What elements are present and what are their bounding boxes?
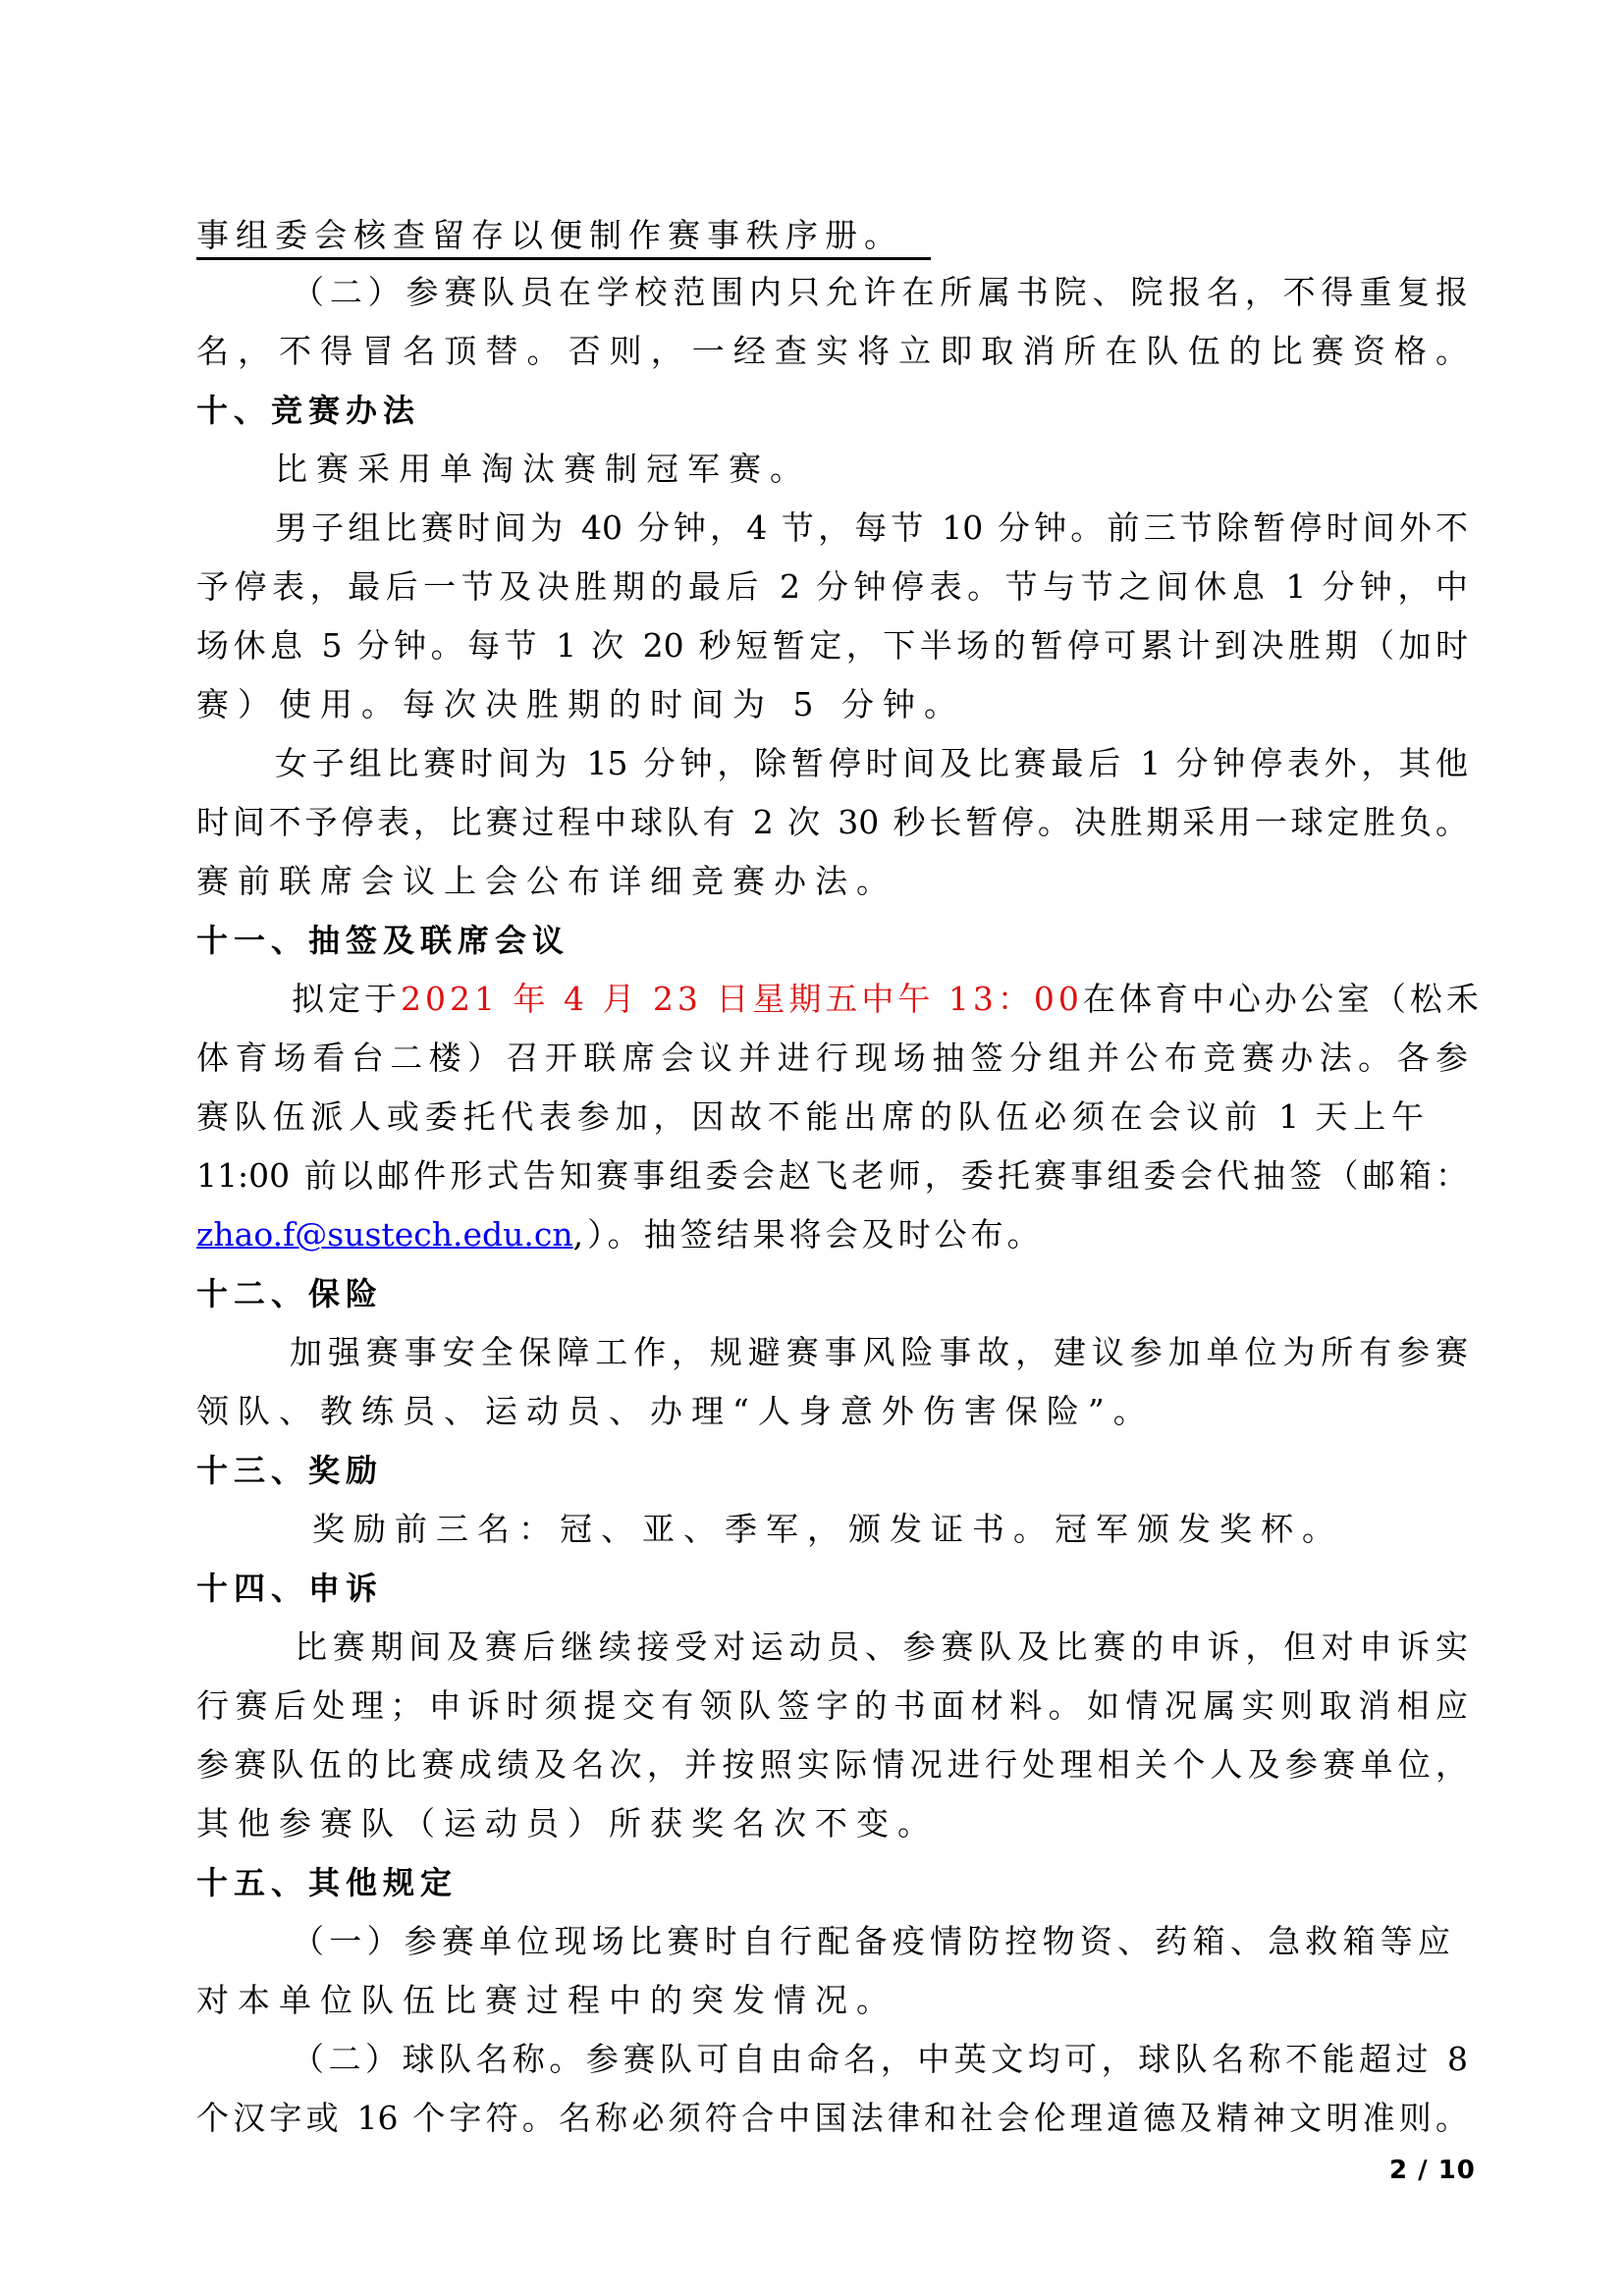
paragraph-line: zhao.f@sustech.edu.cn,）。抽签结果将会及时公布。 [196,1213,1468,1256]
paragraph-line: 赛）使用。每次决胜期的时间为 5 分钟。 [196,683,1468,726]
text-span: 拟定于 [292,980,401,1018]
paragraph-line: 领队、教练员、运动员、办理“人身意外伤害保险”。 [196,1390,1468,1433]
paragraph-line: 对本单位队伍比赛过程中的突发情况。 [196,1979,1468,2022]
paragraph-line: 加强赛事安全保障工作，规避赛事风险事故，建议参加单位为所有参赛 [290,1331,1468,1374]
paragraph-line: 场休息 5 分钟。每节 1 次 20 秒短暂定，下半场的暂停可累计到决胜期（加时 [196,624,1468,667]
highlighted-date-time: 2021 年 4 月 23 日星期五中午 13：00 [401,980,1083,1018]
paragraph-line: 拟定于2021 年 4 月 23 日星期五中午 13：00在体育中心办公室（松禾 [292,978,1468,1021]
paragraph-line: 男子组比赛时间为 40 分钟，4 节，每节 10 分钟。前三节除暂停时间外不 [275,507,1468,550]
section-heading-10: 十、竞赛办法 [196,389,1468,432]
section-heading-15: 十五、其他规定 [196,1861,1468,1904]
underlined-text: 事组委会核查留存以便制作赛事秩序册。 [196,216,931,260]
section-heading-13: 十三、奖励 [196,1449,1468,1492]
text-line: 事组委会核查留存以便制作赛事秩序册。 [196,214,1468,257]
paragraph-line: 比赛采用单淘汰赛制冠军赛。 [275,448,1468,491]
document-page: 事组委会核查留存以便制作赛事秩序册。 （二）参赛队员在学校范围内只允许在所属书院… [0,0,1624,2296]
paragraph-line: 名，不得冒名顶替。否则，一经查实将立即取消所在队伍的比赛资格。 [196,330,1468,373]
paragraph-line: 其他参赛队（运动员）所获奖名次不变。 [196,1802,1468,1845]
paragraph-line: 体育场看台二楼）召开联席会议并进行现场抽签分组并公布竞赛办法。各参 [196,1037,1468,1080]
paragraph-line: 个汉字或 16 个字符。名称必须符合中国法律和社会伦理道德及精神文明准则。 [196,2097,1468,2140]
text-span: ,）。抽签结果将会及时公布。 [573,1215,1044,1254]
paragraph-line: 赛队伍派人或委托代表参加，因故不能出席的队伍必须在会议前 1 天上午 [196,1095,1424,1139]
paragraph-line: 比赛期间及赛后继续接受对运动员、参赛队及比赛的申诉，但对申诉实 [295,1626,1468,1669]
section-heading-12: 十二、保险 [196,1272,1468,1315]
paragraph-line: 予停表，最后一节及决胜期的最后 2 分钟停表。节与节之间休息 1 分钟，中 [196,565,1468,609]
paragraph-line: 赛前联席会议上会公布详细竞赛办法。 [196,860,1468,903]
text-span: 在体育中心办公室（松禾 [1083,980,1483,1018]
paragraph-line: （二）参赛队员在学校范围内只允许在所属书院、院报名，不得重复报 [292,271,1468,314]
section-heading-14: 十四、申诉 [196,1567,1468,1610]
paragraph-line: 参赛队伍的比赛成绩及名次，并按照实际情况进行处理相关个人及参赛单位， [196,1743,1468,1787]
section-heading-11: 十一、抽签及联席会议 [196,919,1468,962]
paragraph-line: （二）球队名称。参赛队可自由命名，中英文均可，球队名称不能超过 8 [292,2038,1468,2081]
paragraph-line: 11:00 前以邮件形式告知赛事组委会赵飞老师，委托赛事组委会代抽签（邮箱： [196,1154,1468,1198]
paragraph-line: 女子组比赛时间为 15 分钟，除暂停时间及比赛最后 1 分钟停表外，其他 [275,742,1468,785]
paragraph-line: （一）参赛单位现场比赛时自行配备疫情防控物资、药箱、急救箱等应 [292,1920,1450,1963]
email-link[interactable]: zhao.f@sustech.edu.cn [196,1215,573,1254]
paragraph-line: 时间不予停表，比赛过程中球队有 2 次 30 秒长暂停。决胜期采用一球定胜负。 [196,801,1468,844]
paragraph-line: 奖励前三名：冠、亚、季军，颁发证书。冠军颁发奖杯。 [312,1508,1468,1551]
page-number: 2 / 10 [1389,2156,1476,2185]
paragraph-line: 行赛后处理；申诉时须提交有领队签字的书面材料。如情况属实则取消相应 [196,1684,1468,1728]
